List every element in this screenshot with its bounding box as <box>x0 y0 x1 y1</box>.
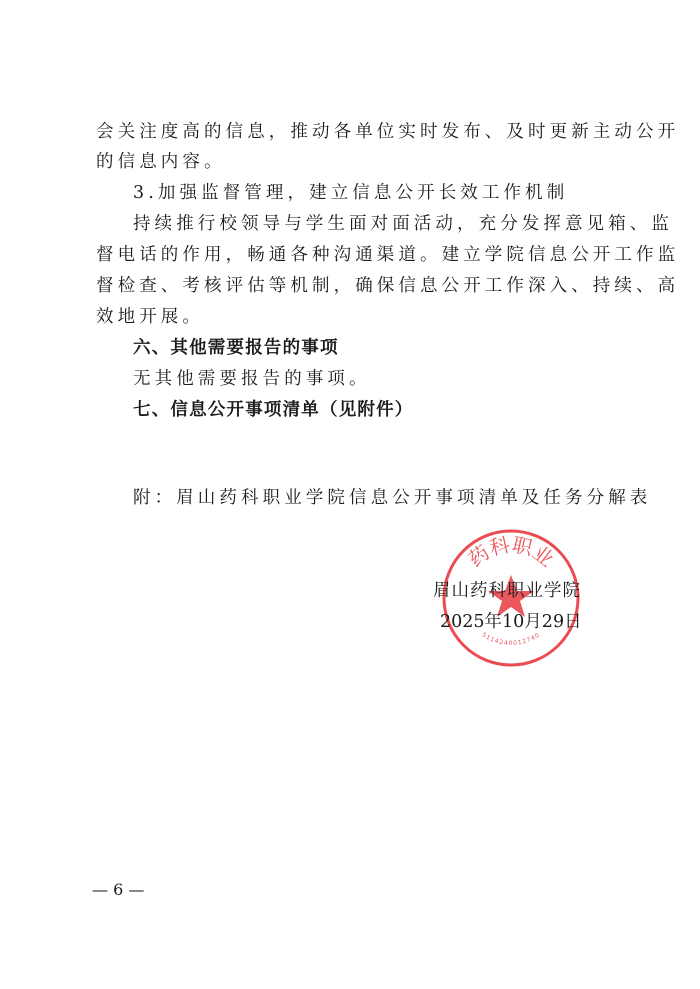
svg-text:5114240012740: 5114240012740 <box>480 631 541 647</box>
paragraph-line: 持续推行校领导与学生面对面活动，充分发挥意见箱、监 <box>133 213 608 235</box>
svg-text:药科职业: 药科职业 <box>464 532 559 571</box>
subheading-3: 3.加强监督管理，建立信息公开长效工作机制 <box>133 182 608 204</box>
section-6-body: 无其他需要报告的事项。 <box>133 368 608 390</box>
seal-code: 5114240012740 <box>480 631 541 647</box>
section-7-heading: 七、信息公开事项清单（见附件） <box>133 399 608 421</box>
paragraph-line: 会关注度高的信息，推动各单位实时发布、及时更新主动公开 <box>96 121 608 143</box>
attachment-note: 附：眉山药科职业学院信息公开事项清单及任务分解表 <box>133 487 651 509</box>
signature-organization: 眉山药科职业学院 <box>433 580 581 602</box>
seal-top-text: 药科职业 <box>464 532 559 571</box>
section-6-heading: 六、其他需要报告的事项 <box>133 337 608 359</box>
document-page: 会关注度高的信息，推动各单位实时发布、及时更新主动公开 的信息内容。 3.加强监… <box>0 0 700 989</box>
signature-date: 2025年10月29日 <box>440 611 582 633</box>
page-number: — 6 — <box>92 880 144 900</box>
paragraph-line: 的信息内容。 <box>96 151 608 173</box>
paragraph-line: 督电话的作用，畅通各种沟通渠道。建立学院信息公开工作监 <box>96 244 608 266</box>
paragraph-line: 效地开展。 <box>96 306 608 328</box>
paragraph-line: 督检查、考核评估等机制，确保信息公开工作深入、持续、高 <box>96 275 608 297</box>
